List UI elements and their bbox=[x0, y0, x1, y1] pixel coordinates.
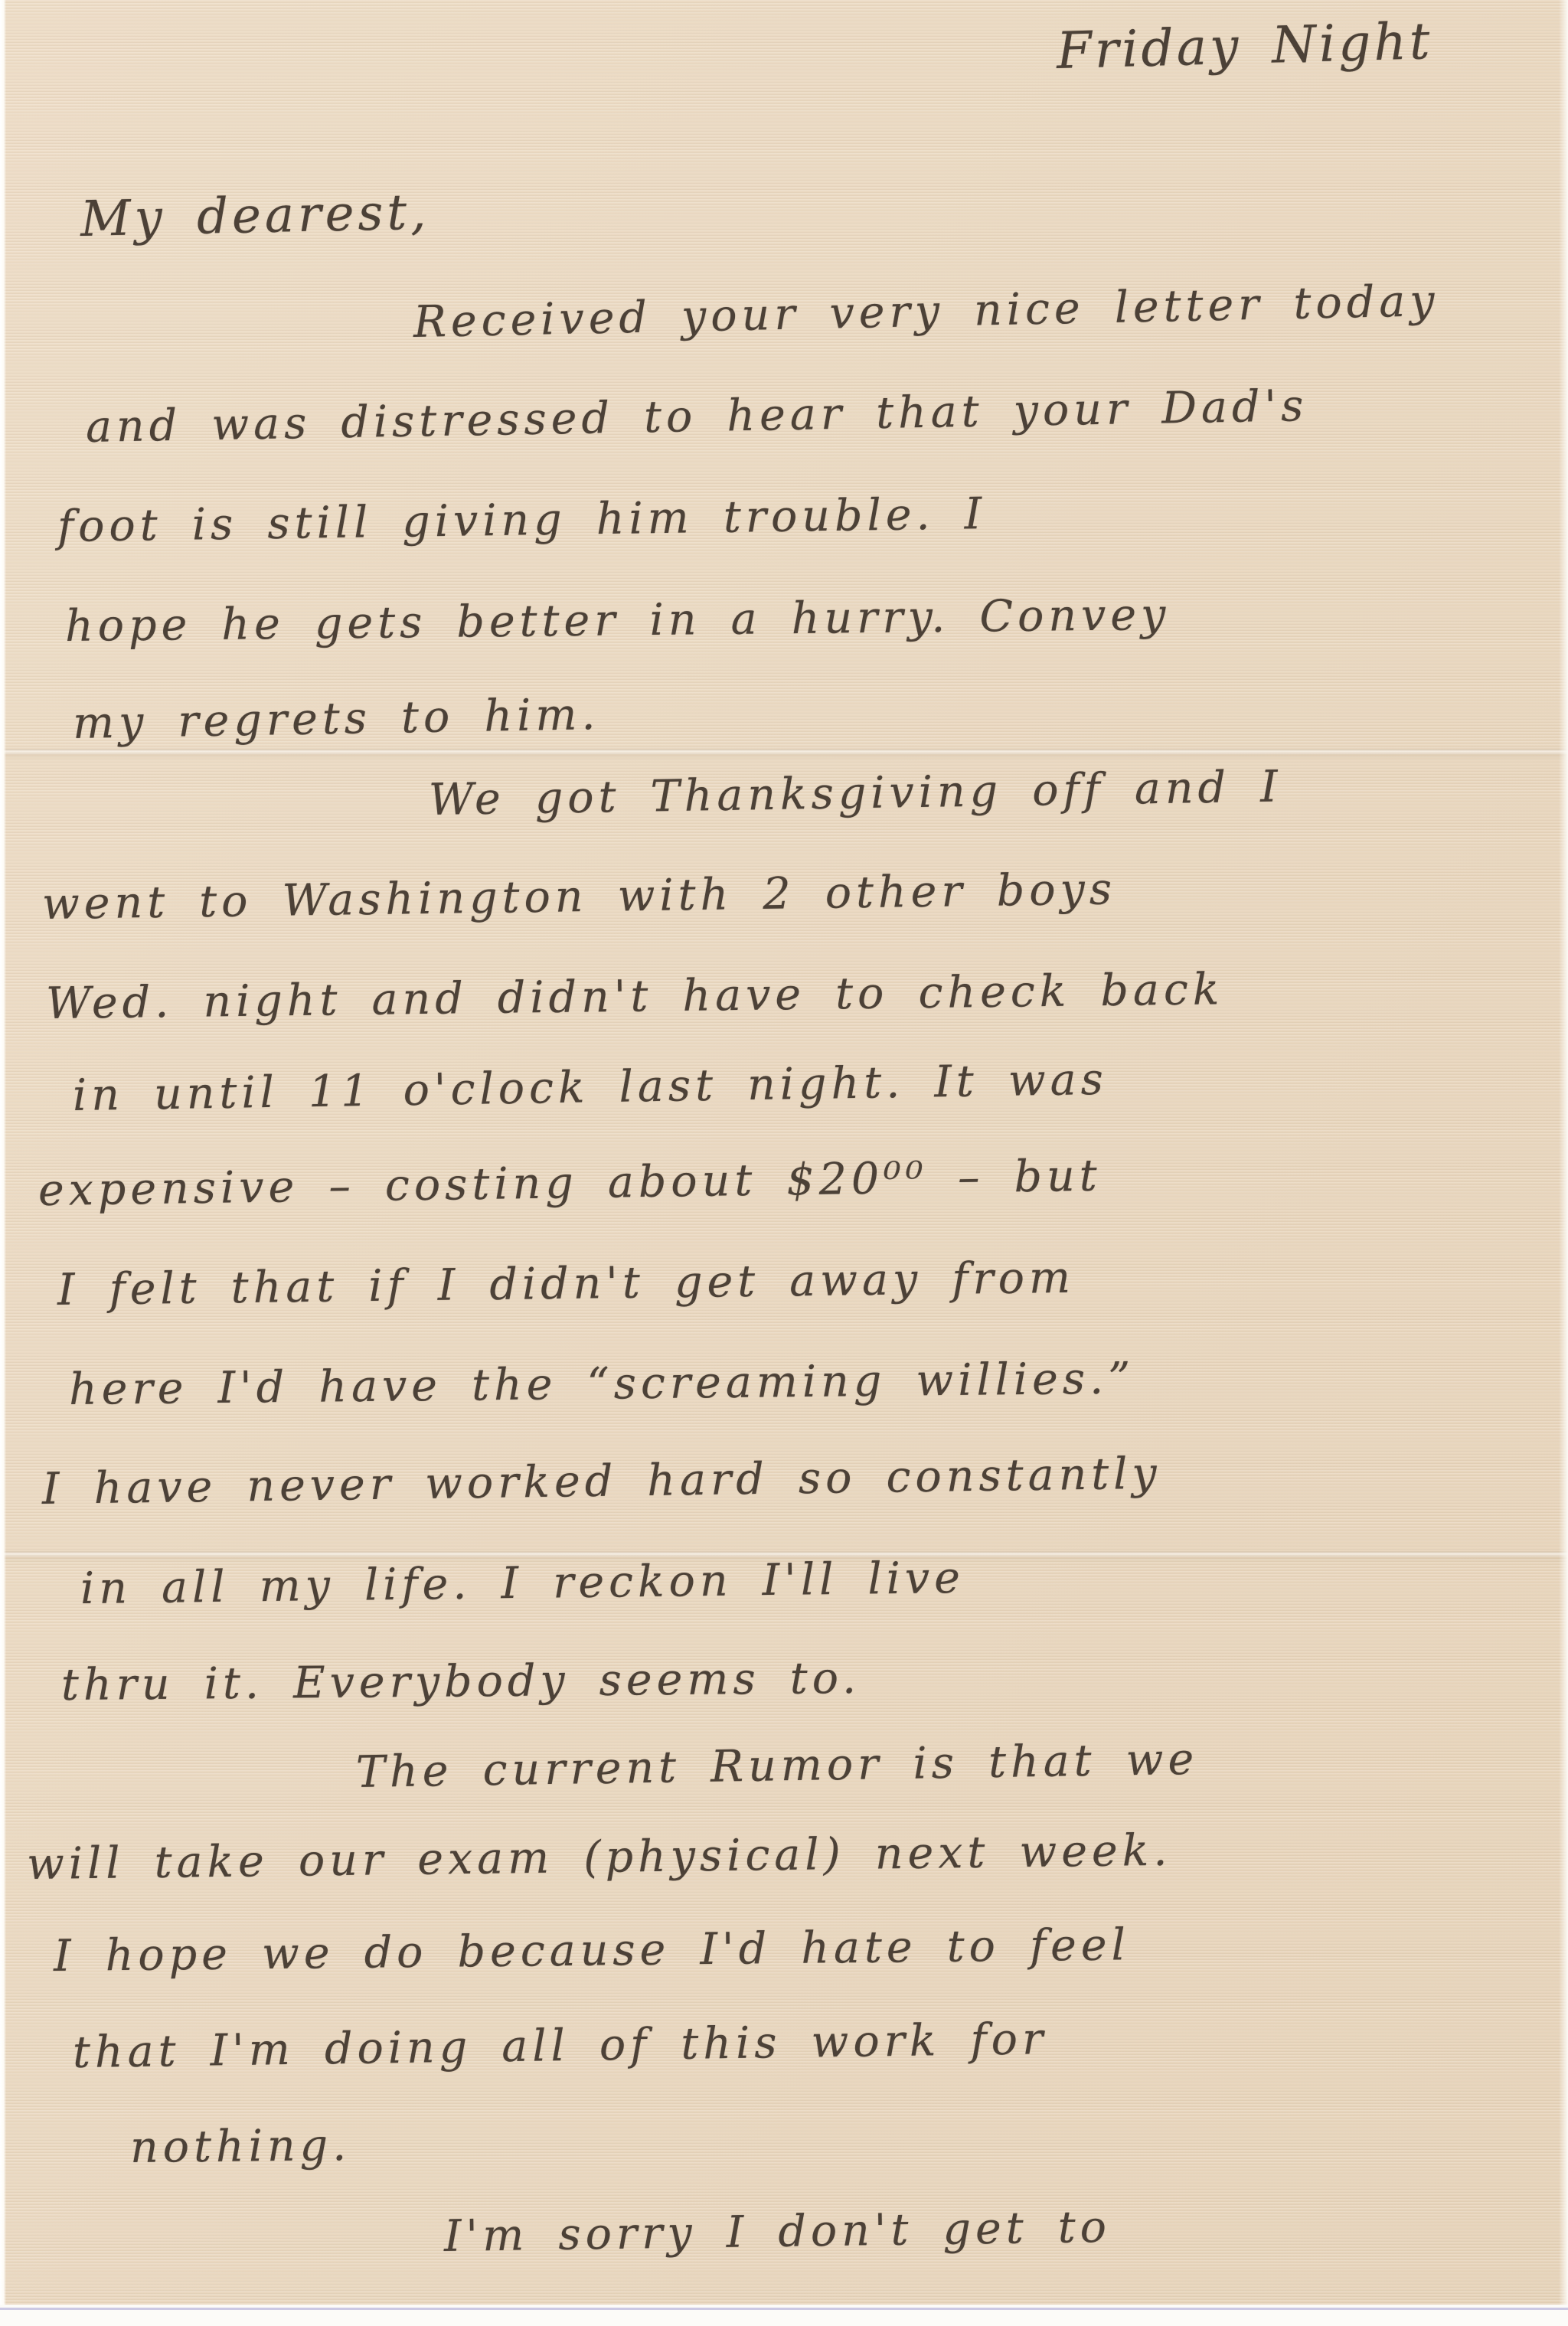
letter-salutation: My dearest, bbox=[80, 184, 430, 248]
letter-line: nothing. bbox=[130, 2120, 351, 2173]
letter-line: expensive – costing about $20⁰⁰ – but bbox=[38, 1151, 1102, 1216]
letter-paper: Friday Night My dearest, Received your v… bbox=[0, 0, 1568, 2306]
letter-line: my regrets to him. bbox=[72, 689, 600, 749]
letter-line: went to Washington with 2 other boys bbox=[42, 864, 1117, 929]
letter-line: I'm sorry I don't get to bbox=[444, 2202, 1112, 2262]
scan-edge-left bbox=[0, 0, 6, 2326]
letter-line: Received your very nice letter today bbox=[413, 276, 1439, 348]
letter-line: will take our exam (physical) next week. bbox=[27, 1825, 1172, 1890]
letter-line: We got Thanksgiving off and I bbox=[428, 761, 1282, 825]
letter-line: thru it. Everybody seems to. bbox=[61, 1653, 861, 1710]
letter-line: I felt that if I didn't get away from bbox=[57, 1253, 1076, 1315]
letter-line: in all my life. I reckon I'll live bbox=[80, 1553, 965, 1614]
paper-fold-crease-lower bbox=[0, 1551, 1568, 1557]
paper-fold-crease-upper bbox=[0, 749, 1568, 755]
letter-line: I hope we do because I'd hate to feel bbox=[54, 1919, 1131, 1981]
scan-edge-bottom-line bbox=[0, 2308, 1568, 2310]
letter-dateline: Friday Night bbox=[1056, 11, 1433, 80]
letter-line: Wed. night and didn't have to check back bbox=[46, 964, 1224, 1029]
scan-edge-right bbox=[1559, 0, 1568, 2326]
letter-line: in until 11 o'clock last night. It was bbox=[72, 1054, 1108, 1121]
letter-line: The current Rumor is that we bbox=[355, 1734, 1198, 1798]
letter-line: hope he gets better in a hurry. Convey bbox=[65, 590, 1171, 652]
letter-line: and was distressed to hear that your Dad… bbox=[85, 381, 1308, 452]
letter-line: that I'm doing all of this work for bbox=[73, 2014, 1048, 2078]
letter-line: foot is still giving him trouble. I bbox=[57, 488, 987, 552]
letter-line: here I'd have the “screaming willies.” bbox=[69, 1353, 1135, 1415]
letter-line: I have never worked hard so constantly bbox=[42, 1449, 1162, 1514]
